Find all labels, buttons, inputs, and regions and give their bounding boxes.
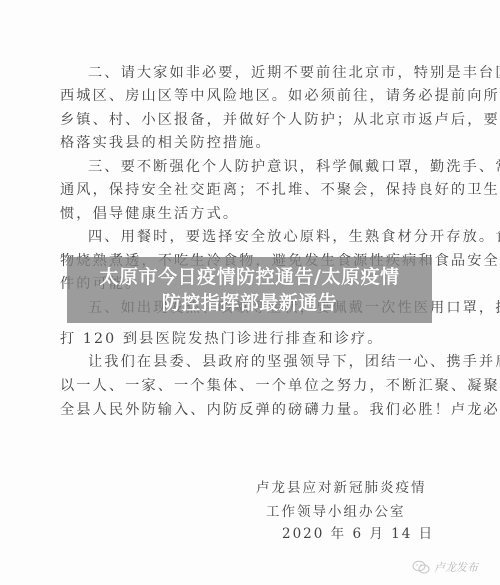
watermark-text: 卢龙发布 (434, 559, 478, 575)
overlay-title-line2: 防控指挥部最新通告 (162, 290, 338, 316)
signature-org-line1: 卢龙县应对新冠肺炎疫情 (256, 476, 427, 496)
doc-line: 西城区、房山区等中风险地区。如必须前往，请务必提前向所在 (60, 87, 442, 105)
doc-line: 全县人民外防输入、内防反弹的磅礴力量。我们必胜！卢龙必胜！ (60, 401, 442, 419)
doc-line: 打 120 到县医院发热门诊进行排查和诊疗。 (60, 330, 442, 348)
wechat-icon (412, 560, 430, 574)
doc-line: 惯，倡导健康生活方式。 (60, 205, 442, 223)
signature-date: 2020 年 6 月 14 日 (282, 522, 434, 542)
doc-line: 格落实我县的相关防控措施。 (60, 134, 442, 152)
doc-line: 以一人、一家、一个集体、一个单位之努力，不断汇聚、凝聚起 (60, 377, 442, 395)
title-overlay-banner: 太原市今日疫情防控通告/太原疫情 防控指挥部最新通告 (67, 257, 432, 323)
source-watermark: 卢龙发布 (412, 558, 478, 576)
doc-line: 乡镇、村、小区报备，并做好个人防护；从北京市返卢后，要严 (60, 111, 442, 129)
overlay-title-line1: 太原市今日疫情防控通告/太原疫情 (100, 264, 400, 290)
doc-line: 二、请大家如非必要，近期不要前往北京市，特别是丰台区、 (88, 64, 442, 82)
doc-line: 通风，保持安全社交距离；不扎堆、不聚会，保持良好的卫生习 (60, 181, 442, 199)
signature-org-line2: 工作领导小组办公室 (266, 500, 406, 520)
doc-line: 三、要不断强化个人防护意识，科学佩戴口罩，勤洗手、常 (88, 158, 442, 176)
doc-line: 四、用餐时，要选择安全放心原料，生熟食材分开存放。食 (88, 228, 442, 246)
doc-line: 让我们在县委、县政府的坚强领导下，团结一心、携手并肩， (88, 353, 442, 371)
